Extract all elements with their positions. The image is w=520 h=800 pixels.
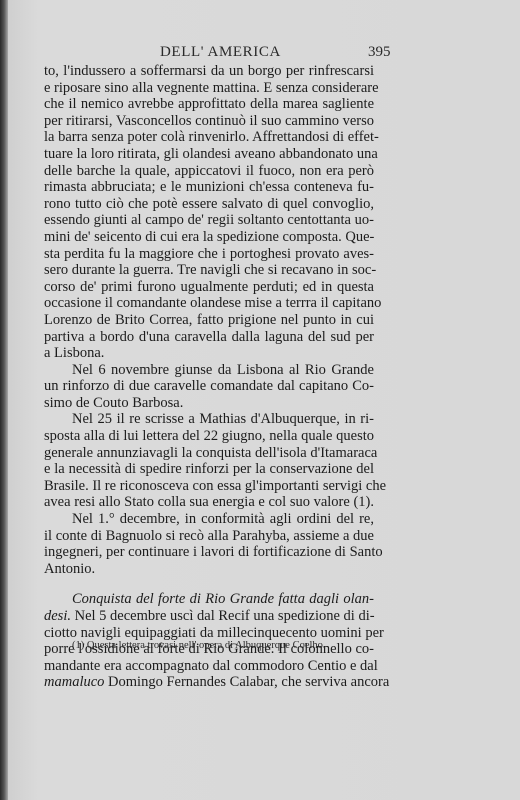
paragraph-2: Nel 6 novembre giunse da Lisbona al Rio …	[44, 362, 374, 412]
text-line: essendo giunti al campo de' regii soltan…	[44, 212, 374, 229]
text-line: rono tutto ciò che potè essere salvato d…	[44, 196, 374, 213]
italic-term: mamaluco	[44, 674, 104, 690]
text-span: Domingo Fernandes Calabar, che serviva a…	[104, 674, 389, 690]
section-heading: Conquista del forte di Rio Grande fatta …	[44, 591, 374, 608]
text-line: Nel 25 il re scrisse a Mathias d'Albuque…	[44, 411, 374, 428]
text-span: Nel 5 decembre uscì dal Recif una spediz…	[71, 608, 375, 624]
text-line: mamaluco Domingo Fernandes Calabar, che …	[44, 674, 374, 691]
page-number: 395	[368, 44, 391, 61]
text-line: Lorenzo de Brito Correa, fatto prigione …	[44, 312, 374, 329]
text-line: to, l'indussero a soffermarsi da un borg…	[44, 63, 374, 80]
body-text: to, l'indussero a soffermarsi da un borg…	[44, 63, 374, 691]
text-line: Nel 1.° decembre, in conformità agli ord…	[44, 511, 374, 528]
text-line: un rinforzo di due caravelle comandate d…	[44, 378, 374, 395]
text-line: ciotto navigli equipaggiati da millecinq…	[44, 625, 374, 642]
text-line: che il nemico avrebbe approfittato della…	[44, 96, 374, 113]
footnote: (1) Questa lettera trovasi nell' opera d…	[72, 640, 326, 651]
text-line: occasione il comandante olandese mise a …	[44, 295, 374, 312]
text-line: sposta alla di lui lettera del 22 giugno…	[44, 428, 374, 445]
text-line: Antonio.	[44, 561, 374, 578]
text-line: delle barche la quale, appiccatovi il fu…	[44, 163, 374, 180]
paragraph-1: to, l'indussero a soffermarsi da un borg…	[44, 63, 374, 362]
paragraph-gap	[44, 577, 374, 591]
text-line: e riposare sino alla vegnente mattina. E…	[44, 80, 374, 97]
text-line: a Lisbona.	[44, 345, 374, 362]
running-title: DELL' AMERICA	[160, 44, 281, 61]
text-line: simo de Couto Barbosa.	[44, 395, 374, 412]
text-line: sero durante la guerra. Tre navigli che …	[44, 262, 374, 279]
text-line: la barra senza poter colà rinvenirlo. Af…	[44, 129, 374, 146]
paragraph-3: Nel 25 il re scrisse a Mathias d'Albuque…	[44, 411, 374, 511]
text-line: sta perdita fu la maggiore che i portogh…	[44, 246, 374, 263]
page-header: DELL' AMERICA 395	[0, 44, 520, 64]
text-line: mandante era accompagnato dal commodoro …	[44, 658, 374, 675]
text-line: rimasta abbruciata; e le munizioni ch'es…	[44, 179, 374, 196]
paragraph-4: Nel 1.° decembre, in conformità agli ord…	[44, 511, 374, 577]
text-line: mini de' seicento di cui era la spedizio…	[44, 229, 374, 246]
text-line: per ritirarsi, Vasconcellos continuò il …	[44, 113, 374, 130]
book-binding-shadow	[0, 0, 8, 800]
text-line: Nel 6 novembre giunse da Lisbona al Rio …	[44, 362, 374, 379]
text-line: Brasile. Il re riconosceva con essa gl'i…	[44, 478, 374, 495]
heading-continuation: desi.	[44, 608, 71, 624]
text-line: e la necessità di spedire rinforzi per l…	[44, 461, 374, 478]
text-line: generale annunziavagli la conquista dell…	[44, 445, 374, 462]
text-line: avea resi allo Stato colla sua energia e…	[44, 494, 374, 511]
text-line: corso de' primi furono ugualmente perdut…	[44, 279, 374, 296]
text-line: tuare la loro ritirata, gli olandesi ave…	[44, 146, 374, 163]
text-line: partiva a bordo d'una caravella dalla la…	[44, 329, 374, 346]
text-line: il conte di Bagnuolo si recò alla Parahy…	[44, 528, 374, 545]
text-line: ingegneri, per continuare i lavori di fo…	[44, 544, 374, 561]
text-line: desi. Nel 5 decembre uscì dal Recif una …	[44, 608, 374, 625]
